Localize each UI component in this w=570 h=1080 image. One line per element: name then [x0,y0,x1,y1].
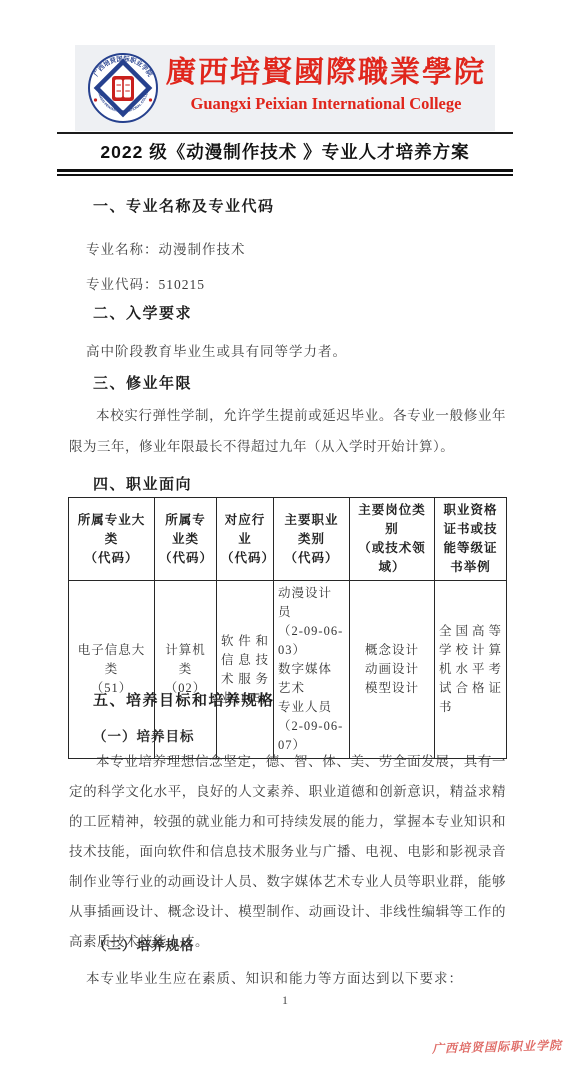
section-5-sub1-heading: （一）培养目标 [93,725,195,745]
table-header-cell: 主要职业类别 （代码） [274,498,350,581]
table-cell: 概念设计 动画设计 模型设计 [350,581,435,759]
table-header-row: 所属专业大类 （代码） 所属专业类 （代码） 对应行业 （代码） 主要职业类别 … [69,498,507,581]
section-2-body: 高中阶段教育毕业生或具有同等学力者。 [86,340,347,360]
section-5-sub2-heading: （二）培养规格 [93,934,195,954]
career-orientation-table: 所属专业大类 （代码） 所属专业类 （代码） 对应行业 （代码） 主要职业类别 … [68,497,507,759]
major-name-line: 专业名称：动漫制作技术 [86,238,246,258]
college-name-english: Guangxi Peixian International College [163,93,489,115]
table-header-cell: 主要岗位类别 （或技术领域） [350,498,435,581]
section-3-paragraph: 本校实行弹性学制，允许学生提前或延迟毕业。各专业一般修业年限为三年，修业年限最长… [69,400,506,462]
table-header-cell: 所属专业类 （代码） [155,498,217,581]
table-header-cell: 职业资格证书或技能等级证书举例 [435,498,507,581]
header-band: 广西培贤国际职业学院 GUANGXI PEIXIAN INTERNATIONAL… [75,45,495,131]
table-header-cell: 对应行业 （代码） [217,498,274,581]
major-code-line: 专业代码：510215 [86,273,205,293]
table-cell: 动漫设计员 （2-09-06-03） 数字媒体艺术 专业人员 （2-09-06-… [274,581,350,759]
table-header-cell: 所属专业大类 （代码） [69,498,155,581]
section-2-heading: 二、入学要求 [93,302,192,323]
signature-watermark: 广西培贤国际职业学院 [432,1036,562,1056]
section-5-heading: 五、培养目标和培养规格 [93,689,275,710]
college-logo: 广西培贤国际职业学院 GUANGXI PEIXIAN INTERNATIONAL… [87,52,159,124]
title-divider-double [57,169,513,176]
table-cell: 软件和信息技术服务业(165) [217,581,274,759]
section-5-sub2-body: 本专业毕业生应在素质、知识和能力等方面达到以下要求： [86,967,463,987]
college-name-chinese: 廣西培賢國際職業學院 [162,53,489,93]
page-number: 1 [0,993,570,1008]
section-3-heading: 三、修业年限 [93,372,192,393]
title-divider-thin [57,132,513,134]
table-cell: 全国高等学校计算机水平考试合格证书 [435,581,507,759]
section-4-heading: 四、职业面向 [93,473,192,494]
college-emblem-icon: 广西培贤国际职业学院 GUANGXI PEIXIAN INTERNATIONAL… [87,52,159,124]
section-1-heading: 一、专业名称及专业代码 [93,195,275,216]
document-page: 广西培贤国际职业学院 GUANGXI PEIXIAN INTERNATIONAL… [0,0,570,1080]
section-5-sub1-paragraph: 本专业培养理想信念坚定，德、智、体、美、劳全面发展，具有一定的科学文化水平，良好… [69,747,506,957]
document-title: 2022 级《动漫制作技术 》专业人才培养方案 [57,137,513,167]
college-name-block: 廣西培賢國際職業學院 Guangxi Peixian International… [163,53,489,115]
